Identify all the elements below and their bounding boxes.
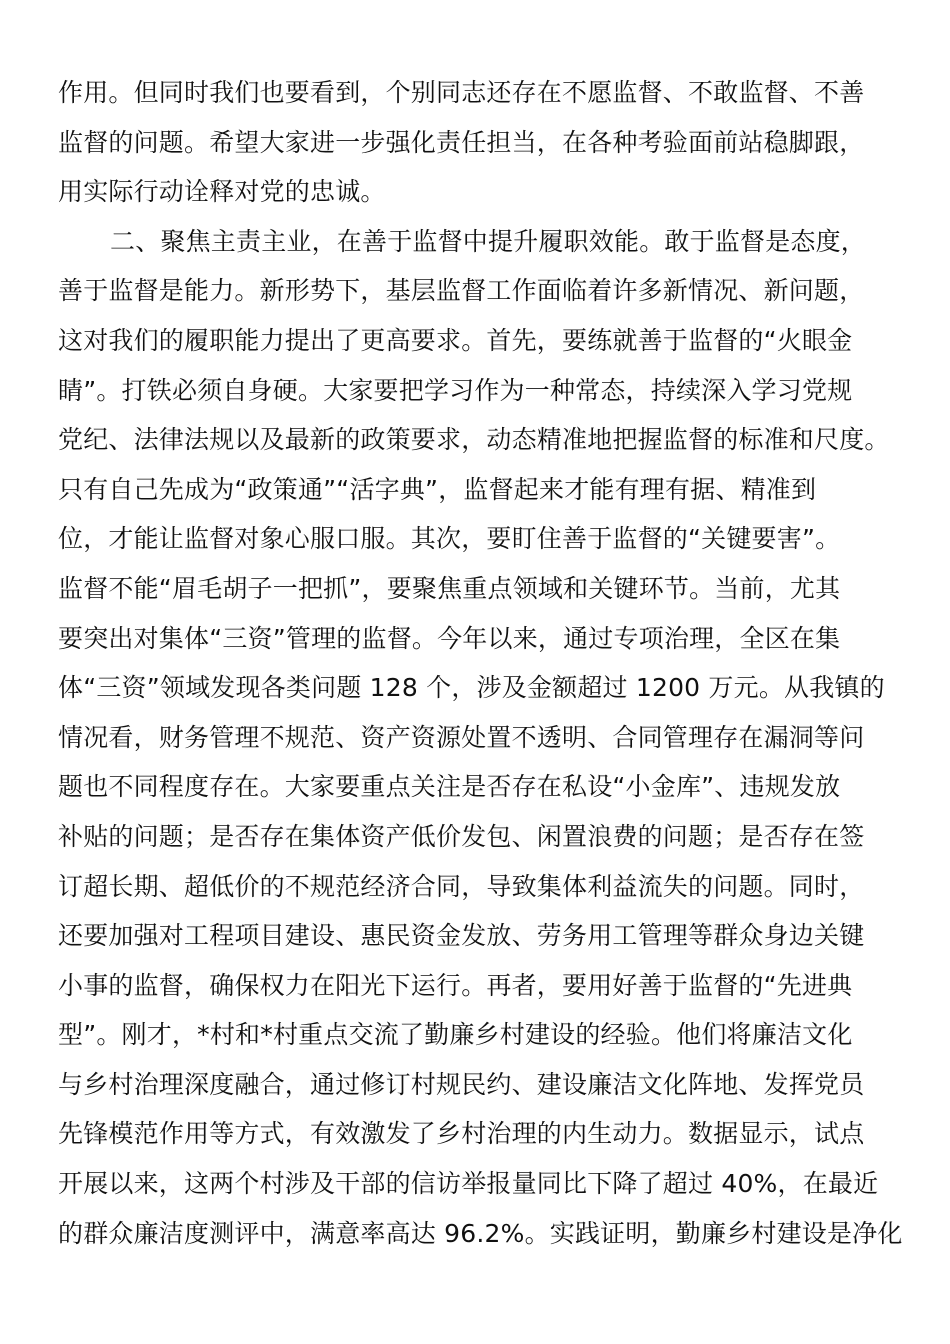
document-page: 作用。但同时我们也要看到，个别同志还存在不愿监督、不敢监督、不善 监督的问题。希… — [0, 0, 950, 1344]
text-line: 睛”。打铁必须自身硬。大家要把学习作为一种常态，持续深入学习党规 — [58, 366, 888, 416]
section-heading: 二、聚焦主责主业，在善于监督中提升履职效能。 — [110, 227, 664, 256]
text-line: 监督不能“眉毛胡子一把抓”，要聚焦重点领域和关键环节。当前，尤其 — [58, 564, 888, 614]
paragraph-section-two: 二、聚焦主责主业，在善于监督中提升履职效能。敢于监督是态度， 善于监督是能力。新… — [58, 217, 888, 1258]
text-line: 用实际行动诠释对党的忠诚。 — [58, 167, 888, 217]
text-line: 题也不同程度存在。大家要重点关注是否存在私设“小金库”、违规发放 — [58, 762, 888, 812]
document-body: 作用。但同时我们也要看到，个别同志还存在不愿监督、不敢监督、不善 监督的问题。希… — [58, 68, 888, 1258]
text-line: 要突出对集体“三资”管理的监督。今年以来，通过专项治理，全区在集 — [58, 614, 888, 664]
text-line: 小事的监督，确保权力在阳光下运行。再者，要用好善于监督的“先进典 — [58, 961, 888, 1011]
text-line: 订超长期、超低价的不规范经济合同，导致集体利益流失的问题。同时， — [58, 862, 888, 912]
text-line: 的群众廉洁度测评中，满意率高达 96.2%。实践证明，勤廉乡村建设是净化 — [58, 1209, 888, 1259]
text-line: 监督的问题。希望大家进一步强化责任担当，在各种考验面前站稳脚跟， — [58, 118, 888, 168]
text-line: 作用。但同时我们也要看到，个别同志还存在不愿监督、不敢监督、不善 — [58, 68, 888, 118]
text-line: 补贴的问题；是否存在集体资产低价发包、闲置浪费的问题；是否存在签 — [58, 812, 888, 862]
text-line: 只有自己先成为“政策通”“活字典”，监督起来才能有理有据、精准到 — [58, 465, 888, 515]
text-line: 党纪、法律法规以及最新的政策要求，动态精准地把握监督的标准和尺度。 — [58, 415, 888, 465]
text-line: 先锋模范作用等方式，有效激发了乡村治理的内生动力。数据显示，试点 — [58, 1109, 888, 1159]
text-line: 体“三资”领域发现各类问题 128 个，涉及金额超过 1200 万元。从我镇的 — [58, 663, 888, 713]
text-line: 善于监督是能力。新形势下，基层监督工作面临着许多新情况、新问题， — [58, 266, 888, 316]
text-run: 敢于监督是态度， — [664, 227, 866, 256]
paragraph-continuation: 作用。但同时我们也要看到，个别同志还存在不愿监督、不敢监督、不善 监督的问题。希… — [58, 68, 888, 217]
text-line: 开展以来，这两个村涉及干部的信访举报量同比下降了超过 40%，在最近 — [58, 1159, 888, 1209]
text-line: 这对我们的履职能力提出了更高要求。首先，要练就善于监督的“火眼金 — [58, 316, 888, 366]
text-line: 情况看，财务管理不规范、资产资源处置不透明、合同管理存在漏洞等问 — [58, 713, 888, 763]
text-line: 还要加强对工程项目建设、惠民资金发放、劳务用工管理等群众身边关键 — [58, 911, 888, 961]
text-line: 型”。刚才，*村和*村重点交流了勤廉乡村建设的经验。他们将廉洁文化 — [58, 1010, 888, 1060]
text-line-first: 二、聚焦主责主业，在善于监督中提升履职效能。敢于监督是态度， — [58, 217, 888, 267]
text-line: 位，才能让监督对象心服口服。其次，要盯住善于监督的“关键要害”。 — [58, 514, 888, 564]
text-line: 与乡村治理深度融合，通过修订村规民约、建设廉洁文化阵地、发挥党员 — [58, 1060, 888, 1110]
